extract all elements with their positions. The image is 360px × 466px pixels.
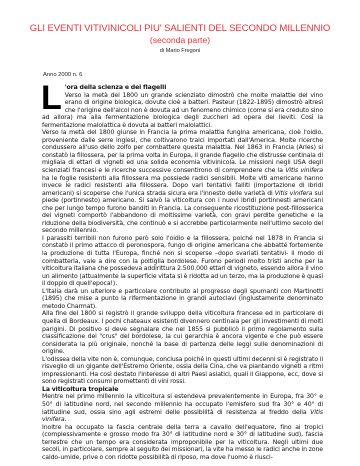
section-heading: 'ora della scienza e dei flagelli (65, 84, 167, 91)
issue-label: Anno 2000 n. 6 (43, 72, 82, 78)
paragraph: I parassiti terribili non furono però so… (42, 235, 323, 288)
article-title: GLI EVENTI VITIVINICOLI PIU' SALIENTI DE… (0, 23, 360, 34)
paragraph: Alla fine del 1800 si registrò il grande… (42, 310, 323, 355)
paragraph: 'ora della scienza e dei flagelliVerso l… (42, 84, 323, 129)
article-author: di Mario Fregoni (0, 48, 360, 54)
species-name: Vitis vinifera (285, 167, 323, 174)
paragraph-text: Verso la metà del 1800 un grande scienzi… (42, 92, 323, 129)
paragraph-text: Mentre nel primo millennio la viticoltur… (42, 393, 323, 415)
article-subtitle: (seconda parte) (0, 35, 360, 45)
article-body: L 'ora della scienza e dei flagelliVerso… (42, 84, 323, 461)
paragraph: Verso la metà del 1800 giunse in Francia… (42, 129, 323, 235)
paragraph: L'Italia darà un ulteriore e particolare… (42, 288, 323, 311)
paragraph-text: sul piede (portinnesto) americano. Si sa… (42, 190, 323, 235)
paragraph: Inoltre ha occupato la fascia centrale d… (42, 424, 323, 462)
paragraph: L'odissea della vite non è, comunque, co… (42, 356, 323, 386)
paragraph-text: Verso la metà del 1800 giunse in Francia… (42, 129, 323, 174)
species-name: Vitis vinifera (275, 190, 313, 197)
drop-cap: L (41, 85, 62, 111)
paragraph-text: . (65, 416, 67, 423)
paragraph: Mentre nel primo millennio la viticoltur… (42, 393, 323, 423)
